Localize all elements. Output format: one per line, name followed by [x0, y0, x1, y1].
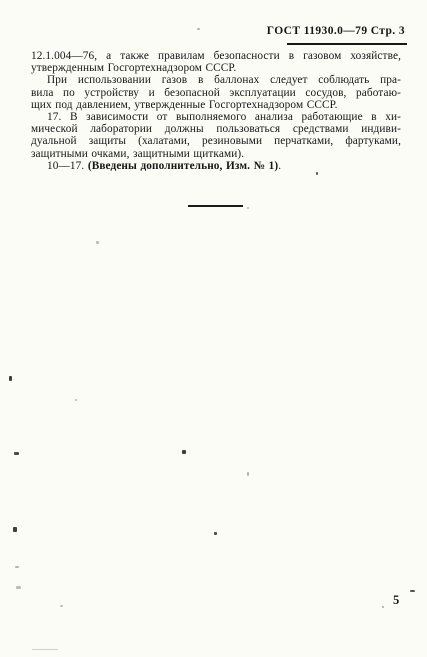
- scanned-document-page: ГОСТ 11930.0—79 Стр. 3 12.1.004—76, а та…: [0, 0, 427, 657]
- amendment-bold-note: (Введены дополнительно, Изм. № 1): [88, 160, 278, 172]
- scan-speck: [16, 586, 21, 589]
- scan-speck: [214, 532, 217, 535]
- page-number: 5: [393, 593, 399, 608]
- body-line: защитными очками, защитными щитками).: [31, 148, 401, 160]
- body-line: утвержденным Госгортехнадзором СССР.: [31, 62, 401, 74]
- scan-speck: [14, 452, 19, 455]
- scan-speck: [382, 606, 384, 608]
- scan-speck: [197, 28, 200, 30]
- scan-smudge: [32, 649, 58, 650]
- scan-speck: [247, 207, 249, 209]
- body-line: При использовании газов в баллонах следу…: [31, 74, 401, 86]
- body-line: 17. В зависимости от выполняемого анализ…: [31, 111, 401, 123]
- scan-speck: [316, 172, 318, 175]
- scan-speck: [247, 472, 249, 476]
- scan-speck: [410, 590, 415, 592]
- scan-speck: [13, 527, 17, 532]
- scan-speck: [182, 450, 186, 454]
- scan-speck: [9, 376, 12, 381]
- scan-speck: [75, 399, 77, 401]
- body-line: дуальной защиты (халатами, резиновыми пе…: [31, 135, 401, 147]
- amendment-prefix: 10—17.: [47, 160, 88, 172]
- body-line: мической лаборатории должны пользоваться…: [31, 123, 401, 135]
- scan-speck: [15, 566, 19, 568]
- running-header-title: ГОСТ 11930.0—79 Стр. 3: [267, 25, 405, 37]
- amendment-line: 10—17. (Введены дополнительно, Изм. № 1)…: [31, 160, 401, 172]
- body-text-block: 12.1.004—76, а также правилам безопаснос…: [31, 50, 401, 172]
- header-rule: [287, 43, 407, 45]
- amendment-suffix: .: [278, 160, 281, 172]
- body-line: 12.1.004—76, а также правилам безопаснос…: [31, 50, 401, 62]
- section-divider-rule: [188, 205, 243, 207]
- body-line: вила по устройству и безопасной эксплуат…: [31, 87, 401, 99]
- body-line: щих под давлением, утвержденные Госгорте…: [31, 99, 401, 111]
- scan-speck: [96, 241, 99, 244]
- scan-speck: [60, 605, 63, 607]
